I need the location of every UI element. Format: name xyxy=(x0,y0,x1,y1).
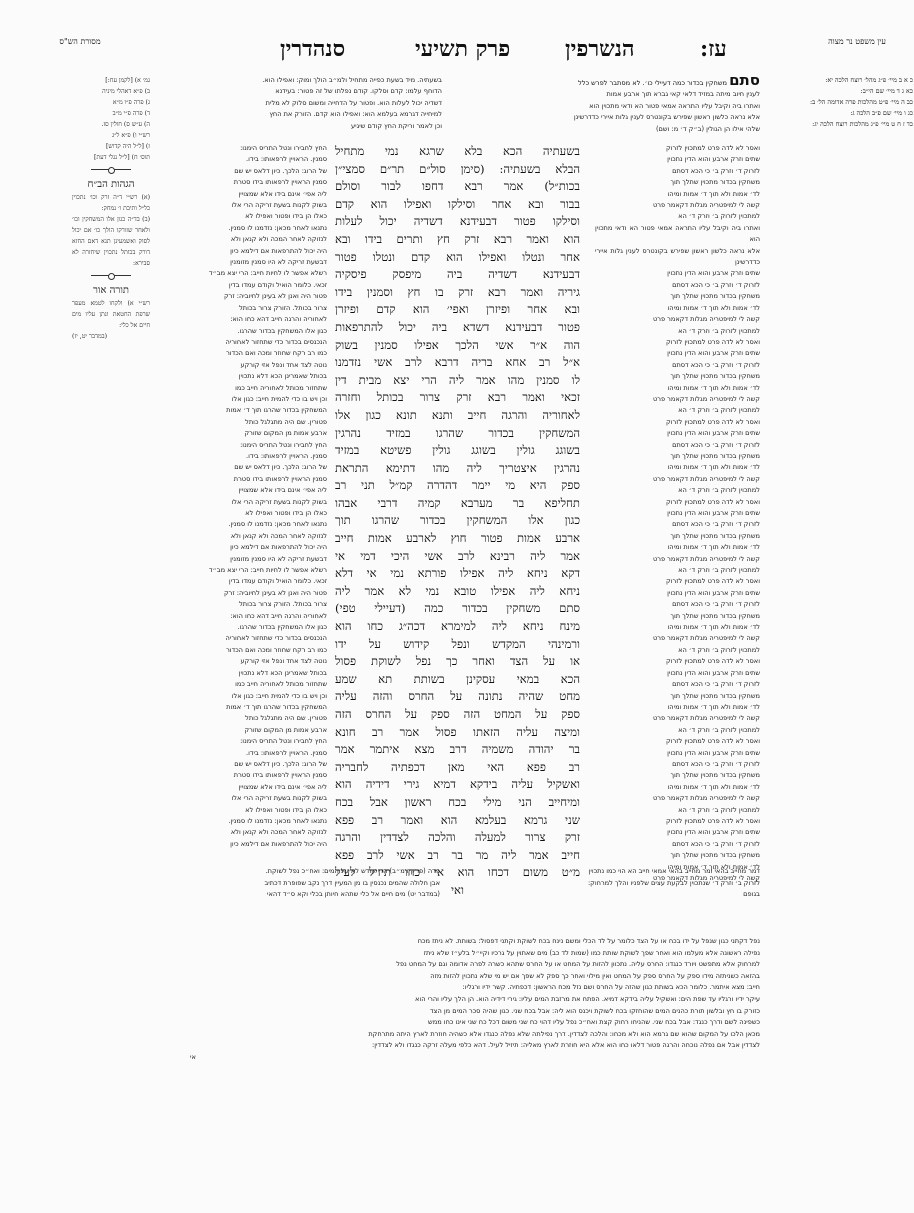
tosafot-bottom-block: פרה (פרק ו מ״ב) הרי קודש לא על המים: ואח… xyxy=(150,866,440,901)
tosafot-line: נוטה לצד אחד ונפל אזי קורקע xyxy=(152,360,327,371)
tosafot-line: ארבע אמות מן המקום שזורק xyxy=(152,725,327,736)
gemara-line: זכאי ואמר רבא זרק צרור בכותל וחזרה xyxy=(335,389,580,407)
rashi-line: משחקין בכדור מתכוין שתלך תוך xyxy=(595,451,760,462)
rashi-line: משחקין בכדור מתכוין שתלך תוך xyxy=(595,611,760,622)
ein-mishpat-entry: כג ו מיי׳ שם פ״ב הלכה ג: xyxy=(763,108,913,119)
commentary-line: נפילה ראשונה אלא מעלמו הוא ואחר שפך לשוק… xyxy=(150,948,760,960)
rashi-line: למתכוין לזרוק ב׳ וזרק ד׳ הא xyxy=(595,485,760,496)
rashi-line: קשה לי למיפטריה מגלות דקאמר פרט xyxy=(595,314,760,325)
tosafot-line: ליה אפי׳ אינם בידו אלא שמצויין xyxy=(152,485,327,496)
commentary-line: כשפינה לשם ודרך כנגד: אבל בכח שני. שהניח… xyxy=(150,1017,760,1029)
masoret-entry: ה) ע״ש ס) חולין סז. xyxy=(72,119,150,130)
masoret-entry: ד) פרה פ״י מ״ב xyxy=(72,108,150,119)
rashi-line: לד׳ אמות ולא תוך ד׳ אמות ומיהו xyxy=(595,782,760,793)
rashi-line: קשה לי למיפטריה מגלות דקאמר פרט xyxy=(595,394,760,405)
rashi-line: שתים וזרק ארבע והוא הדין נתכוין xyxy=(595,348,760,359)
gemara-line: אמר ליה רבינא לרב אשי היכי דמי אי xyxy=(335,548,580,566)
tosafot-line: פטורין. שם היה מתגלגל כותל xyxy=(152,713,327,724)
bottom-commentary: נפל דקתני כגון שנפל על ידו בכח או על הצד… xyxy=(150,936,760,1064)
tosafot-line: רשלא אפשר לו לחיות חייב: הרי יצא מב״ד xyxy=(152,268,327,279)
gemara-line: שני גרמא בעלמא הוא ואמר רב פפא xyxy=(335,812,580,830)
tosafot-line: כגון אלו המשחקין בכדור שהרגו. xyxy=(152,326,327,337)
tosafot-line: נתנאו לאחר מכאן: נזדמנו לו סמנין. xyxy=(152,223,327,234)
gemara-line: ומיצה עליה הזאתו פסול אמר רב חונא xyxy=(335,724,580,742)
tosafot-line: החץ לחבירו ונטל התריס הימנו: xyxy=(152,736,327,747)
commentary-line: לצדדין אבל אם נפלה נוכחה והרגה פטור דלאו… xyxy=(150,1040,760,1052)
gemara-line: הכא במאי עסקינן בשותת תא שמע xyxy=(335,671,580,689)
rashi-line: קשה לי למיפטריה מגלות דקאמר פרט xyxy=(595,554,760,565)
rashi-line: לזרוק ד׳ וזרק ב׳ כי הכא דסתם xyxy=(595,360,760,371)
ornament-divider xyxy=(91,169,131,170)
gemara-line: חייב אמר ליה מר בר רב אשי לרב פפא xyxy=(335,847,580,865)
rashi-line: אלא נראה כלשון ראשון שפירש בקונטרס לענין… xyxy=(595,246,760,269)
tosafot-line: למיחייה דגרמא בעלמא הוא: ואפילו הוא קדם.… xyxy=(152,109,442,120)
tosafot-line: החץ לחבירו ונטל התריס הימנו: xyxy=(152,440,327,451)
gemara-line: בר יהודה משמיה דרב מצא איתמר אמר xyxy=(335,741,580,759)
tosafot-line: פרה (פרק ו מ״ב) הרי קודש לא על המים: ואח… xyxy=(150,866,440,878)
tosafot-line: לנזוקה לאחר המכה ולא קנאן ולא xyxy=(152,531,327,542)
masoret-entry: תוס׳ ח) [ל״ל נגלי דעת] xyxy=(72,152,150,163)
tosafot-top-block: בשעתיה. מיד בשעת כפייה מתחיל ולמ״ב הולך … xyxy=(152,75,442,132)
tosafot-line: היה יכול להתרפאות אם דילמא כיון xyxy=(152,542,327,553)
masoret-entry: גמ׳ א) [לקמן עח:] xyxy=(72,75,150,86)
tosafot-line: של הרוג: הלכך. כיון דלאס יש שם xyxy=(152,759,327,770)
torah-or-title: תורה אור xyxy=(72,284,150,298)
tosafot-column: החץ לחבירו ונטל התריס הימנו: סמנין. הראו… xyxy=(152,143,327,850)
gemara-line: הוה א״ר אשי הלכך אפילו סמנין בשוק xyxy=(335,337,580,355)
tosafot-line: וכן לאמר וריקת החץ קודם שיגיע xyxy=(152,121,442,132)
rashi-line: דמר מחייב בהאי ומר מחייב בהאי אמאי חייב … xyxy=(450,866,760,878)
rashi-line: משחקין בכדור מתכוין שתלך תוך xyxy=(595,531,760,542)
rashi-bottom-block: דמר מחייב בהאי ומר מחייב בהאי אמאי חייב … xyxy=(450,866,760,901)
rashi-line: קשה לי למיפטריה מגלות דקאמר פרט xyxy=(595,474,760,485)
rashi-line: שתים וזרק ארבע והוא הדין נתכוין xyxy=(595,827,760,838)
tosafot-line: הנכנסים בכדור כדי שתחזור לאחוריה xyxy=(152,337,327,348)
masoret-entry: רש״י ו) פ״א ל״ג xyxy=(72,130,150,141)
tosafot-line: וכן ויש בו כדי להמית חייב: כגון אלו xyxy=(152,394,327,405)
tosafot-line: ליה אפי׳ אינם בידו אלא שמצויין xyxy=(152,189,327,200)
gemara-line: דקא ניחא ליה אפילו פורתא נמי אי דלא xyxy=(335,565,580,583)
rashi-line: למתכוין לזרוק ב׳ וזרק ד׳ הא xyxy=(595,326,760,337)
rashi-line: קשה לי למיפטריה מגלות דקאמר פרט xyxy=(595,793,760,804)
tosafot-line: דשדיה יכול לעלות הוא. ופטור על הדחייה ומ… xyxy=(152,98,442,109)
rashi-line: לזרוק ד׳ וזרק ב׳ כי הכא דסתם xyxy=(595,599,760,610)
rashi-line: ואסר לא לדה פרט למתכוין לזרוק xyxy=(595,143,760,154)
gemara-line: ספק על המחט הזה ספק על החרס הזה xyxy=(335,706,580,724)
tractate-name: סנהדרין xyxy=(280,36,345,62)
rashi-line: לד׳ אמות ולא תוך ד׳ אמות ומיהו xyxy=(595,702,760,713)
gemara-line: רב פפא האי מאן דכפתיה לחבריה xyxy=(335,759,580,777)
rashi-line: קשה לי למיפטריה מגלות דקאמר פרט xyxy=(595,713,760,724)
tosafot-line: סמנין. הראויין לרפאותו: בידו. xyxy=(152,748,327,759)
rashi-line: שתים וזרק ארבע והוא הדין נתכוין xyxy=(595,508,760,519)
rashi-line: למתכוין לזרוק ב׳ וזרק ד׳ הא xyxy=(595,565,760,576)
commentary-line: למרחוק אלא מתפשט ויורד כנגדו: החרס עליה.… xyxy=(150,959,760,971)
gemara-line: סתם משחקין בכדור כמה (דעיילי טפי) xyxy=(335,600,580,618)
tosafot-line: פטור היה ואנן לא בעינן לחיוביה: זרק xyxy=(152,291,327,302)
tosafot-line: אבן חלולה שהמים נכנסין בו מן המעיין דרך … xyxy=(150,878,440,890)
torah-or-text: רש״י א) ולקחו לטמא מעפר שרפת החטאת ונתן … xyxy=(72,298,150,331)
rashi-top-block: סתם משחקין בכדור כמה דעיילי כו׳. לא מסתב… xyxy=(450,75,760,135)
gemara-line: נהרגין איצטריך ליה מהו דתימא התראת xyxy=(335,460,580,478)
tosafot-line: (במדבר יט) מים חיים אל כלי שתהא חיותן בכ… xyxy=(150,889,440,901)
gemara-line: בבור ובא אחר וסילקו ואפילו הוא קדם xyxy=(335,196,580,214)
rashi-line: לד׳ אמות ולא תוך ד׳ אמות ומיהו xyxy=(595,303,760,314)
gemara-line: כגון אלו המשחקין בכדור שהרגו תוך xyxy=(335,512,580,530)
rashi-line: שתים וזרק ארבע והוא הדין נתכוין xyxy=(595,748,760,759)
rashi-line: ואסר לא לדה פרט למתכוין לזרוק xyxy=(595,497,760,508)
tosafot-line: צרור בכותל. הזורק צרור בכותל xyxy=(152,599,327,610)
gemara-line: ובא אחר ופיזרן ואפי׳ הוא קדם ופיזרן xyxy=(335,301,580,319)
tosafot-line: כאלו הן בידו ופטור ואפילו לא xyxy=(152,508,327,519)
tosafot-line: נתנאו לאחר מכאן: נזדמנו לו סמנין. xyxy=(152,519,327,530)
tosafot-line: דבשעת זריקה לא היו סמנין מזומנין xyxy=(152,554,327,565)
ein-mishpat-label: עין משפט נר מצוה xyxy=(822,36,892,47)
rashi-line: למתכוין לזרוק ב׳ וזרק ד׳ הא xyxy=(595,211,760,222)
commentary-line: מכאן הלכו על המקום שהוא שם גרמא הוא ולא … xyxy=(150,1029,760,1041)
tosafot-line: לנזוקה לאחר המכה ולא קנאן ולא xyxy=(152,827,327,838)
masoret-entry: ב) פ״א דאהלי מיניה xyxy=(72,86,150,97)
gemara-line: לאחוריה והרגה חייב ותנא תונא כגון אלו xyxy=(335,407,580,425)
hagahot-entry: (ב) בד״ה כגון אלו המשחקין וכו׳ ולאחר שזו… xyxy=(72,214,150,269)
rashi-line: לד׳ אמות ולא תוך ד׳ אמות ומיהו xyxy=(595,542,760,553)
tosafot-line: הדוחף עלמו: קדם וסלקו. קודם נפלתו של זה … xyxy=(152,86,442,97)
gemara-line: בכות״ל) אמר רבא דחפו לבור וסולם xyxy=(335,178,580,196)
rashi-line: לזרוק ד׳ וזרק ב׳ כי הכא דסתם xyxy=(595,519,760,530)
torah-or-source: (במדבר יט, יז) xyxy=(72,331,150,342)
tosafot-line: החץ לחבירו ונטל התריס הימנו: xyxy=(152,143,327,154)
gemara-line: מינח ניחא ליה למימרא דכה״ג כחו הוא xyxy=(335,618,580,636)
gemara-line: ארבע אמות פטור חוץ לארבע אמות חייב xyxy=(335,530,580,548)
tosafot-line: סמנין הראויין לרפאותו בידו סטרת xyxy=(152,474,327,485)
tosafot-line: זכאי. כלומר הואיל וקודם עמדו בדין xyxy=(152,576,327,587)
rashi-line: ואסר לא לדה פרט למתכוין לזרוק xyxy=(595,337,760,348)
rashi-line: שתים וזרק ארבע והוא הדין נתכוין xyxy=(595,428,760,439)
tosafot-line: זכאי. כלומר הואיל וקודם עמדו בדין xyxy=(152,280,327,291)
tosafot-line: פטור היה ואנן לא בעינן לחיוביה: זרק xyxy=(152,588,327,599)
rashi-line: לזרוק ד׳ וזרק ב׳ כי הכא דסתם xyxy=(595,679,760,690)
rashi-line: לזרוק ב׳ וזרק ד׳ שנתכוין לבקעת עצים שלפנ… xyxy=(450,878,760,890)
rashi-line: לד׳ אמות ולא תוך ד׳ אמות ומיהו xyxy=(595,189,760,200)
rashi-line: ואתרו ביה וקיבל עליו התראה אמאי פטור הא … xyxy=(450,101,760,112)
tosafot-line: סמנין הראויין לרפאותו בידו סטרת xyxy=(152,177,327,188)
tosafot-line: כמו רב רקח שחוזר ומכה ואם הכדור xyxy=(152,348,327,359)
gemara-line: דבעידנא דשדיה ביה מיפסק פיסקיה xyxy=(335,266,580,284)
commentary-line: עיקר ידיו ורגליו עד שפת הים: ואשקיל עליה… xyxy=(150,994,760,1006)
rashi-line: לזרוק ד׳ וזרק ב׳ כי הכא דסתם xyxy=(595,280,760,291)
rashi-line: לזרוק ד׳ וזרק ב׳ כי הכא דסתם xyxy=(595,440,760,451)
rashi-line: משחקין בכדור מתכוין שתלך תוך xyxy=(595,177,760,188)
catchword: אי xyxy=(150,1052,760,1064)
ornament-divider xyxy=(91,275,131,276)
tosafot-line: וכן ויש בו כדי להמית חייב: כגון אלו xyxy=(152,691,327,702)
rashi-line: למתכוין לזרוק ב׳ וזרק ד׳ הא xyxy=(595,725,760,736)
rashi-line: קשה לי למיפטריה מגלות דקאמר פרט xyxy=(595,200,760,211)
tosafot-line: בשוק לקנות בשעת זריקה הרי אלו xyxy=(152,497,327,508)
gemara-line: ניחא ליה אפילו טובא נמי לא אמר ליה xyxy=(335,583,580,601)
gemara-line: המשחקין בכדור שהרגו במזיד נהרגין xyxy=(335,425,580,443)
commentary-line: נפל דקתני כגון שנפל על ידו בכח או על הצד… xyxy=(150,936,760,948)
tosafot-line: ארבע אמות מן המקום שזורק xyxy=(152,428,327,439)
rashi-line: שתים וזרק ארבע והוא הדין נתכוין xyxy=(595,668,760,679)
rashi-line: לזרוק ד׳ וזרק ב׳ כי הכא דסתם xyxy=(595,839,760,850)
rashi-line: שתים וזרק ארבע והוא הדין נתכוין xyxy=(595,154,760,165)
tosafot-line: לאחוריה והרגה חייב דהא כחו הוא: xyxy=(152,314,327,325)
gemara-line: בשוגג גולין בשוגג גולין פשיטא במזיד xyxy=(335,442,580,460)
gemara-line: הבלא בשעתיה: (סימן סול״ם תר״ם סמצי״ן xyxy=(335,161,580,179)
tosafot-line: שתחזור מכותל לאחוריה חייב כמו xyxy=(152,679,327,690)
daf-number: עז: xyxy=(700,36,727,62)
masoret-entry: ז) [ל״ל היה קדוש] xyxy=(72,141,150,152)
tosafot-line: לאחוריה והרגה חייב דהא כחו הוא: xyxy=(152,611,327,622)
masoret-hashas-block: גמ׳ א) [לקמן עח:] ב) פ״א דאהלי מיניה ג) … xyxy=(72,75,150,163)
commentary-line: חייב: מצא איתמר. כלומר הכא בשותת כגון שה… xyxy=(150,982,760,994)
rashi-line: ואסר לא לדה פרט למתכוין לזרוק xyxy=(595,656,760,667)
rashi-line: למתכוין לזרוק ב׳ וזרק ד׳ הא xyxy=(595,805,760,816)
ein-mishpat-entry: כד ז ח ט מיי׳ פ״ג מהלכות רוצח הלכה יג: xyxy=(763,119,913,130)
tosafot-line: בכותל שאמרינן הכא דלא נתכוין xyxy=(152,668,327,679)
gemara-line: ורמינהי המקדש ונפל קידוש על ידו xyxy=(335,636,580,654)
gemara-line: ומיחייב הני מילי בכח ראשון אבל בכח xyxy=(335,794,580,812)
tosafot-line: כאלו הן בידו ופטור ואפילו לא xyxy=(152,805,327,816)
ein-mishpat-column: כ א ב מיי׳ פ״ג מהל׳ רוצח הלכה יא: כא ג ד… xyxy=(763,75,913,130)
rashi-line: לזרוק ד׳ וזרק ב׳ כי הכא דסתם xyxy=(595,166,760,177)
gemara-line: תחליפא בר מערבא קמיה דרבי אבהו xyxy=(335,495,580,513)
tosafot-line: לנזוקה לאחר המכה ולא קנאן ולא xyxy=(152,234,327,245)
rashi-line: משחקין בכדור מתכוין שתלך תוך xyxy=(595,371,760,382)
rashi-line: ואסר לא לדה פרט למתכוין לזרוק xyxy=(595,417,760,428)
rashi-line: לזרוק ד׳ וזרק ב׳ כי הכא דסתם xyxy=(595,759,760,770)
gemara-line: לו סמנין מהו אמר ליה הרי יצא מבית דין xyxy=(335,372,580,390)
rashi-line: למתכוין לזרוק ב׳ וזרק ד׳ הא xyxy=(595,645,760,656)
gemara-line: בשעתיה הכא בלא שרגא נמי מתחיל xyxy=(335,143,580,161)
rashi-line: קשה לי למיפטריה מגלות דקאמר פרט xyxy=(595,633,760,644)
tosafot-line: המשחקין בכדור שהרגו תוך ד׳ אמות xyxy=(152,702,327,713)
gemara-line: פטור דבעידנא דשדא ביה יכול להתרפאות xyxy=(335,319,580,337)
ein-mishpat-entry: כב ה מיי׳ פ״ט מהלכות פרה אדומה הל׳ ב: xyxy=(763,97,913,108)
rashi-line: לד׳ אמות ולא תוך ד׳ אמות ומיהו xyxy=(595,622,760,633)
rashi-line: שתים וזרק ארבע והוא הדין נתכוין xyxy=(595,268,760,279)
rashi-line: משחקין בכדור מתכוין שתלך תוך xyxy=(595,770,760,781)
rashi-line: ואתרו ביה וקיבל עליו התראה אמאי פטור הא … xyxy=(595,223,760,246)
page-header: עין משפט נר מצוה עז: הנשרפין פרק תשיעי ס… xyxy=(0,36,914,68)
commentary-line: בהזאה כשניתזה מידו ספק על החרס ספק על המ… xyxy=(150,971,760,983)
tosafot-line: של הרוג: הלכך. כיון דלאס יש שם xyxy=(152,462,327,473)
rashi-line: ואסר לא לדה פרט למתכוין לזרוק xyxy=(595,736,760,747)
tosafot-line: היה יכול להתרפאות אם דילמא כיון xyxy=(152,839,327,850)
tosafot-line: של הרוג: הלכך. כיון דלאס יש שם xyxy=(152,166,327,177)
tosafot-line: סמנין. הראויין לרפאותו: בידו. xyxy=(152,451,327,462)
rashi-line: למתכוין לזרוק ב׳ וזרק ד׳ הא xyxy=(595,405,760,416)
rashi-line: לענין חיוב מיתה במזיד דלאי קאי גברא תוך … xyxy=(450,89,760,100)
rashi-line: לד׳ אמות ולא תוך ד׳ אמות ומיהו xyxy=(595,383,760,394)
tosafot-line: בשעתיה. מיד בשעת כפייה מתחיל ולמ״ב הולך … xyxy=(152,75,442,86)
tosafot-line: כאלו הן בידו ופטור ואפילו לא xyxy=(152,211,327,222)
ein-mishpat-entry: כ א ב מיי׳ פ״ג מהל׳ רוצח הלכה יא: xyxy=(763,75,913,86)
gemara-line: אחר ונטלו ואפילו הוא קדם ונטלו פטור xyxy=(335,249,580,267)
rashi-line: לד׳ אמות ולא תוך ד׳ אמות ומיהו xyxy=(595,462,760,473)
perek-number: פרק תשיעי xyxy=(415,36,510,62)
masoret-entry: ג) פרה פ״ו מ״א xyxy=(72,97,150,108)
tosafot-line: כגון אלו המשחקין בכדור שהרגו. xyxy=(152,622,327,633)
rashi-line: משחקין בכדור מתכוין שתלך תוך xyxy=(595,850,760,861)
ein-mishpat-entry: כא ג ד מיי׳ שם הי״ב: xyxy=(763,86,913,97)
commentary-line: כזורק בו חץ ובלשון תורת כהנים המים שהוחז… xyxy=(150,1006,760,1018)
hagahot-habach-title: הגהות הב״ח xyxy=(72,178,150,192)
tosafot-line: בשוק לקנות בשעת זריקה הרי אלו xyxy=(152,793,327,804)
tosafot-line: סמנין הראויין לרפאותו בידו סטרת xyxy=(152,770,327,781)
gemara-line: ספק היא מי יימר דהדרה קמ״ל תני רב xyxy=(335,477,580,495)
tosafot-line: הנכנסים בכדור כדי שתחזור לאחוריה xyxy=(152,633,327,644)
gemara-line: גיריה ואמר רבא זרק בו חץ וסמנין בידו xyxy=(335,284,580,302)
hagahot-entry: (א) רש״י ד״ה זרק וכו׳ נתכוין כל״ל ותיבת … xyxy=(72,192,150,214)
rashi-line: אלא נראה כלשון ראשון שפירש בקונטרס לענין… xyxy=(450,112,760,123)
tosafot-line: צרור בכותל. הזורק צרור בכותל xyxy=(152,303,327,314)
gemara-line: או על הצד ואחר כך נפל לשוקת פסול xyxy=(335,653,580,671)
masoret-label: מסורת הש"ס xyxy=(55,36,105,47)
rashi-line: שתים וזרק ארבע והוא הדין נתכוין xyxy=(595,588,760,599)
tosafot-line: רשלא אפשר לו לחיות חייב: הרי יצא מב״ד xyxy=(152,565,327,576)
tosafot-line: נוטה לצד אחד ונפל אזי קורקע xyxy=(152,656,327,667)
rashi-line: משחקין בכדור מתכוין שתלך תוך xyxy=(595,691,760,702)
rashi-line: בגופם xyxy=(450,889,760,901)
tosafot-line: היה יכול להתרפאות אם דילמא כיון xyxy=(152,246,327,257)
gemara-line: וסילקו פטור דבעידנא דשדיה יכול לעלות xyxy=(335,213,580,231)
tosafot-line: נתנאו לאחר מכאן: נזדמנו לו סמנין. xyxy=(152,816,327,827)
rashi-opening-word: סתם xyxy=(729,71,760,89)
gemara-column: בשעתיה הכא בלא שרגא נמי מתחיל הבלא בשעתי… xyxy=(335,143,580,900)
perek-name: הנשרפין xyxy=(565,36,635,62)
tosafot-line: דבשעת זריקה לא היו סמנין מזומנין xyxy=(152,257,327,268)
gemara-line: ואשקיל עליה בידקא דמיא גירי דידיה הוא xyxy=(335,776,580,794)
rashi-line: ואסר לא לדה פרט למתכוין לזרוק xyxy=(595,576,760,587)
gemara-line: זרק צרור למעלה והלכה לצדדין והרגה xyxy=(335,829,580,847)
tosafot-line: המשחקין בכדור שהרגו תוך ד׳ אמות xyxy=(152,405,327,416)
left-margin-column: גמ׳ א) [לקמן עח:] ב) פ״א דאהלי מיניה ג) … xyxy=(72,75,150,342)
gemara-line: א״ל רב אחא בריה דרבא לרב אשי נזדמנו xyxy=(335,354,580,372)
tosafot-line: פטורין. שם היה מתגלגל כותל xyxy=(152,417,327,428)
tosafot-line: בכותל שאמרינן הכא דלא נתכוין xyxy=(152,371,327,382)
tosafot-line: כמו רב רקח שחוזר ומכה ואם הכדור xyxy=(152,645,327,656)
gemara-line: מחט שהיה נתונה על החרס והזה עליה xyxy=(335,688,580,706)
tosafot-line: סמנין. הראויין לרפאותו: בידו. xyxy=(152,154,327,165)
rashi-line: משחקין בכדור כמה דעיילי כו׳. לא מסתבר לפ… xyxy=(578,79,727,87)
rashi-line: ואסר לא לדה פרט למתכוין לזרוק xyxy=(595,816,760,827)
tosafot-line: בשוק לקנות בשעת זריקה הרי אלו xyxy=(152,200,327,211)
rashi-line: שלהי אילו הן הגולין (ב״ק ד׳ מ: ושם) xyxy=(450,124,760,135)
rashi-line: משחקין בכדור מתכוין שתלך תוך xyxy=(595,291,760,302)
tosafot-line: שתחזור מכותל לאחוריה חייב כמו xyxy=(152,383,327,394)
tosafot-line: ליה אפי׳ אינם בידו אלא שמצויין xyxy=(152,782,327,793)
gemara-line: הוא ואמר רבא זרק חץ ותרים בידו ובא xyxy=(335,231,580,249)
rashi-column: ואסר לא לדה פרט למתכוין לזרוק שתים וזרק … xyxy=(595,143,760,884)
